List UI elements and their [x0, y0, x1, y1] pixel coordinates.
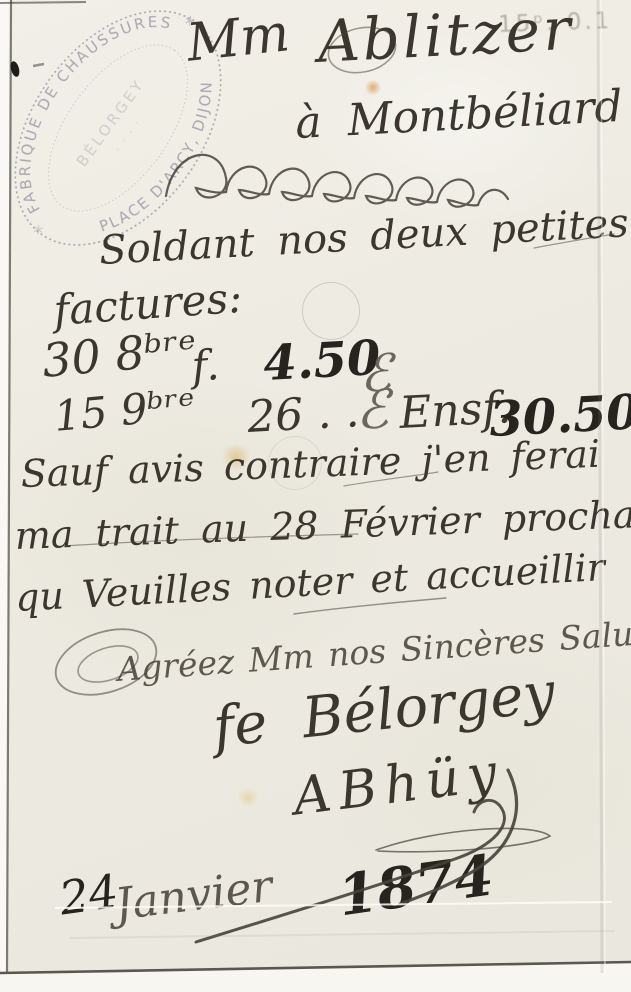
- stamp-star-icon: *: [29, 221, 54, 243]
- invoice-brace: ℰ: [356, 378, 389, 441]
- invoice-amount: 26 . .: [246, 386, 360, 443]
- recipient-name: Ablitzer: [316, 0, 575, 76]
- paper-yellow-stain: [236, 788, 260, 807]
- recipient-title: Mm: [184, 3, 292, 73]
- invoice-unit: f.: [190, 340, 221, 391]
- date-day: 24: [56, 864, 121, 926]
- scanned-postcard-page: FABRIQUE DE CHAUSSURES PLACE D'ARCY, DIJ…: [0, 0, 631, 992]
